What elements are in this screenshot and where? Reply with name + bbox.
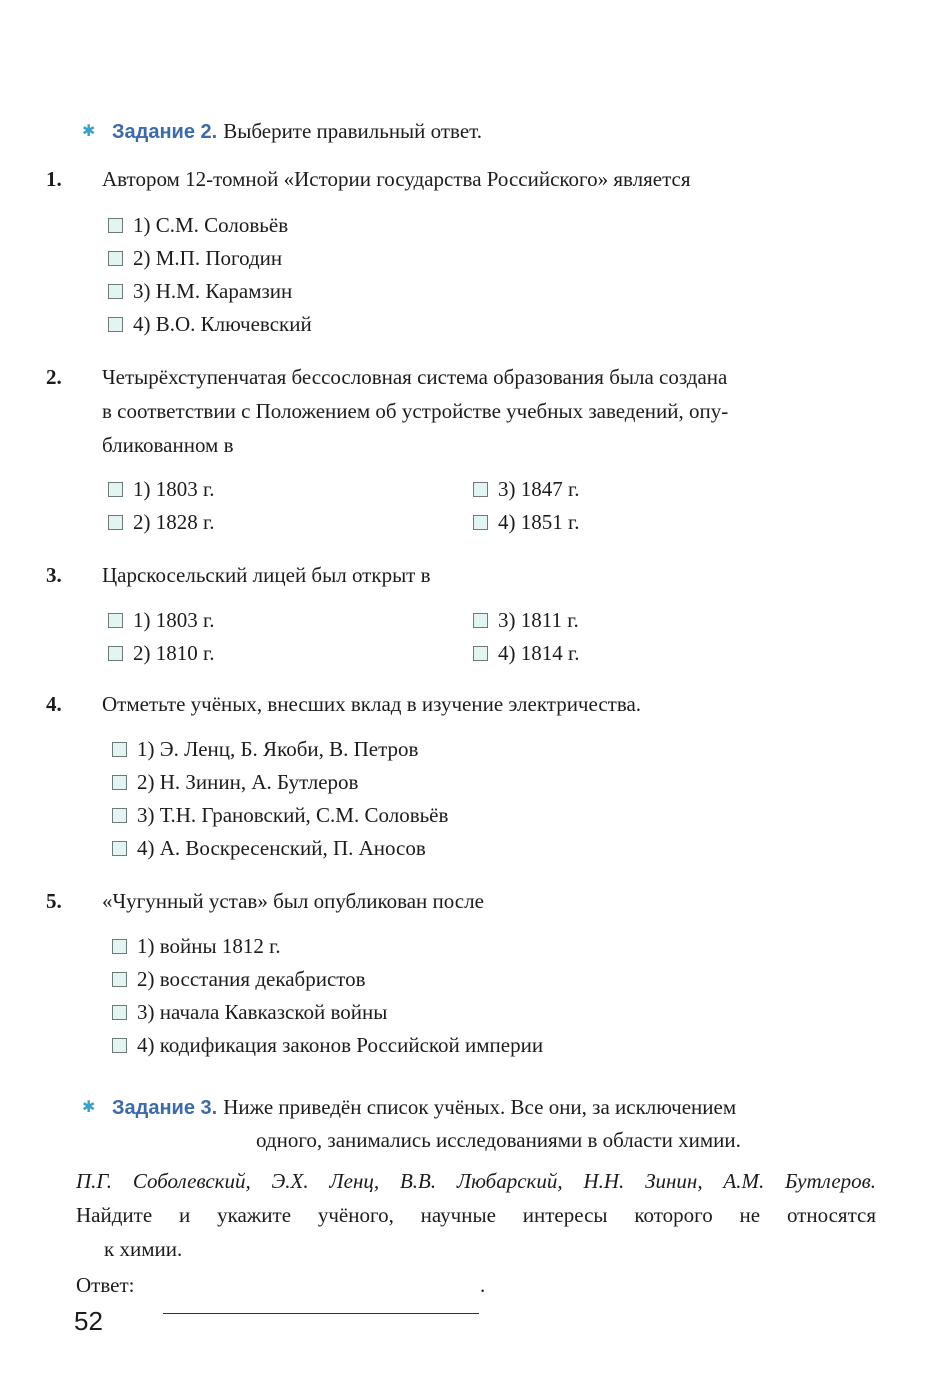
- question-number: 4.: [74, 687, 102, 721]
- option[interactable]: 4) кодификация законов Российской импери…: [112, 1029, 543, 1062]
- task-3-label: Задание 3.: [112, 1097, 217, 1119]
- option[interactable]: 1) войны 1812 г.: [112, 930, 543, 963]
- scientist-list: П.Г. Соболевский, Э.Х. Ленц, В.В. Любарс…: [76, 1166, 876, 1196]
- option[interactable]: 3) Н.М. Карамзин: [108, 275, 312, 308]
- checkbox[interactable]: [112, 808, 127, 823]
- checkbox[interactable]: [473, 515, 488, 530]
- checkbox[interactable]: [112, 1038, 127, 1053]
- option-label: 1) 1803 г.: [133, 473, 215, 506]
- option-label: 4) 1814 г.: [498, 637, 580, 670]
- option-label: 1) С.М. Соловьёв: [133, 209, 288, 242]
- answer-field[interactable]: [163, 1295, 479, 1314]
- question-number: 2.: [74, 360, 102, 394]
- question-text: Автором 12-томной «Истории государства Р…: [102, 167, 691, 191]
- checkbox[interactable]: [112, 841, 127, 856]
- task-3-instruction-cont: одного, занимались исследованиями в обла…: [256, 1127, 741, 1153]
- question-text: в соответствии с Положением об устройств…: [74, 394, 872, 428]
- question-text: «Чугунный устав» был опубликован после: [102, 889, 484, 913]
- question-number: 3.: [74, 558, 102, 592]
- checkbox[interactable]: [108, 317, 123, 332]
- option-label: 3) начала Кавказской войны: [137, 996, 387, 1029]
- asterisk-icon: ✱: [82, 118, 112, 144]
- question-2: 2.Четырёхступенчатая бессословная систем…: [74, 360, 872, 462]
- option[interactable]: 2) 1828 г.: [108, 506, 215, 539]
- question-3-options-left: 1) 1803 г. 2) 1810 г.: [108, 604, 215, 670]
- option[interactable]: 2) 1810 г.: [108, 637, 215, 670]
- option-label: 4) В.О. Ключевский: [133, 308, 312, 341]
- option[interactable]: 1) С.М. Соловьёв: [108, 209, 312, 242]
- option[interactable]: 3) 1811 г.: [473, 604, 580, 637]
- question-1: 1.Автором 12-томной «Истории государства…: [74, 162, 872, 196]
- option[interactable]: 4) 1851 г.: [473, 506, 580, 539]
- question-text: Четырёхступенчатая бессословная система …: [102, 365, 727, 389]
- checkbox[interactable]: [112, 939, 127, 954]
- task-2-instruction: Выберите правильный ответ.: [223, 119, 482, 143]
- option-label: 1) 1803 г.: [133, 604, 215, 637]
- option[interactable]: 4) В.О. Ключевский: [108, 308, 312, 341]
- option[interactable]: 4) 1814 г.: [473, 637, 580, 670]
- question-4-options: 1) Э. Ленц, Б. Якоби, В. Петров 2) Н. Зи…: [112, 733, 448, 865]
- checkbox[interactable]: [112, 775, 127, 790]
- question-text: Царскосельский лицей был открыт в: [102, 563, 431, 587]
- option-label: 4) А. Воскресенский, П. Аносов: [137, 832, 426, 865]
- question-text: бликованном в: [74, 428, 872, 462]
- option-label: 1) войны 1812 г.: [137, 930, 281, 963]
- checkbox[interactable]: [108, 646, 123, 661]
- task-3-prompt: Найдите и укажите учёного, научные интер…: [76, 1200, 876, 1230]
- asterisk-icon: ✱: [82, 1094, 112, 1120]
- option[interactable]: 1) 1803 г.: [108, 604, 215, 637]
- checkbox[interactable]: [108, 218, 123, 233]
- question-3-options-right: 3) 1811 г. 4) 1814 г.: [473, 604, 580, 670]
- checkbox[interactable]: [473, 613, 488, 628]
- option[interactable]: 3) начала Кавказской войны: [112, 996, 543, 1029]
- option[interactable]: 3) 1847 г.: [473, 473, 580, 506]
- checkbox[interactable]: [112, 1005, 127, 1020]
- question-4: 4.Отметьте учёных, внесших вклад в изуче…: [74, 687, 872, 721]
- option-label: 2) М.П. Погодин: [133, 242, 282, 275]
- question-number: 1.: [74, 162, 102, 196]
- task-3-prompt-cont: к химии.: [104, 1234, 182, 1264]
- question-number: 5.: [74, 884, 102, 918]
- checkbox[interactable]: [473, 646, 488, 661]
- option[interactable]: 1) Э. Ленц, Б. Якоби, В. Петров: [112, 733, 448, 766]
- option[interactable]: 2) Н. Зинин, А. Бутлеров: [112, 766, 448, 799]
- option-label: 3) 1847 г.: [498, 473, 580, 506]
- answer-label: Ответ:: [76, 1270, 134, 1300]
- task-2-heading: ✱Задание 2.Выберите правильный ответ.: [82, 118, 482, 145]
- option-label: 3) Н.М. Карамзин: [133, 275, 292, 308]
- checkbox[interactable]: [112, 742, 127, 757]
- question-3: 3.Царскосельский лицей был открыт в: [74, 558, 872, 592]
- question-2-options-right: 3) 1847 г. 4) 1851 г.: [473, 473, 580, 539]
- checkbox[interactable]: [473, 482, 488, 497]
- checkbox[interactable]: [108, 613, 123, 628]
- option[interactable]: 1) 1803 г.: [108, 473, 215, 506]
- question-5: 5.«Чугунный устав» был опубликован после: [74, 884, 872, 918]
- task-3-instruction: Ниже приведён список учёных. Все они, за…: [223, 1095, 736, 1119]
- option-label: 4) кодификация законов Российской импери…: [137, 1029, 543, 1062]
- question-1-options: 1) С.М. Соловьёв 2) М.П. Погодин 3) Н.М.…: [108, 209, 312, 341]
- question-5-options: 1) войны 1812 г. 2) восстания декабристо…: [112, 930, 543, 1062]
- question-2-options-left: 1) 1803 г. 2) 1828 г.: [108, 473, 215, 539]
- option[interactable]: 3) Т.Н. Грановский, С.М. Соловьёв: [112, 799, 448, 832]
- option-label: 3) Т.Н. Грановский, С.М. Соловьёв: [137, 799, 448, 832]
- answer-period: .: [480, 1270, 485, 1300]
- option-label: 1) Э. Ленц, Б. Якоби, В. Петров: [137, 733, 418, 766]
- option-label: 2) восстания декабристов: [137, 963, 366, 996]
- task-3-heading: ✱Задание 3.Ниже приведён список учёных. …: [82, 1094, 736, 1121]
- option-label: 3) 1811 г.: [498, 604, 579, 637]
- task-2-label: Задание 2.: [112, 121, 217, 143]
- checkbox[interactable]: [112, 972, 127, 987]
- option[interactable]: 4) А. Воскресенский, П. Аносов: [112, 832, 448, 865]
- option-label: 2) Н. Зинин, А. Бутлеров: [137, 766, 358, 799]
- checkbox[interactable]: [108, 482, 123, 497]
- option[interactable]: 2) М.П. Погодин: [108, 242, 312, 275]
- option-label: 2) 1810 г.: [133, 637, 215, 670]
- question-text: Отметьте учёных, внесших вклад в изучени…: [102, 692, 641, 716]
- option[interactable]: 2) восстания декабристов: [112, 963, 543, 996]
- option-label: 4) 1851 г.: [498, 506, 580, 539]
- checkbox[interactable]: [108, 251, 123, 266]
- page-number: 52: [74, 1306, 103, 1337]
- option-label: 2) 1828 г.: [133, 506, 215, 539]
- checkbox[interactable]: [108, 515, 123, 530]
- checkbox[interactable]: [108, 284, 123, 299]
